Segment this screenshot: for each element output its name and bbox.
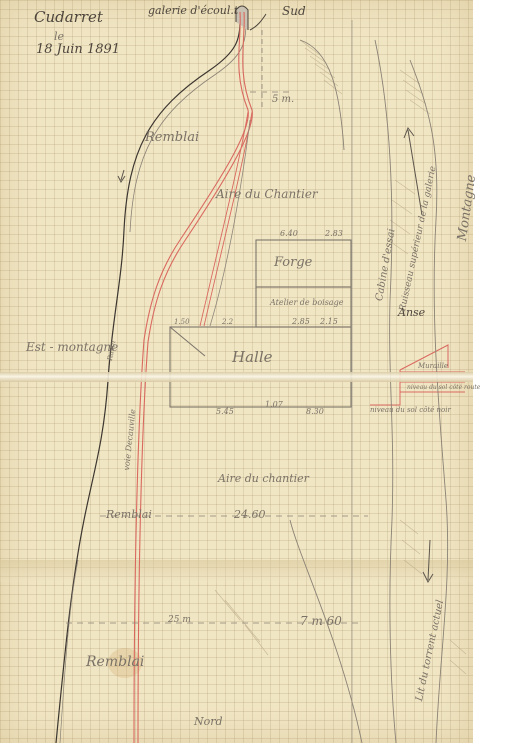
forge-dimension-top: 6.40 [280, 229, 298, 238]
forge-label: Forge [274, 255, 312, 270]
halle-dimension-top-mid: 2.2 [222, 318, 233, 326]
width-bottom-left-dimension: 25 m [168, 615, 191, 625]
halle-dimension-bottom-1: 5.45 [216, 407, 234, 416]
orientation-south: Sud [282, 4, 306, 18]
width-mid-dimension: 24.60 [234, 508, 266, 521]
forge-dimension-top-right: 2.83 [325, 229, 343, 238]
niveau-sol-cote-label: niveau du sol côté route [407, 384, 480, 391]
aire-chantier-top-label: Aire du Chantier [216, 187, 318, 201]
halle-label: Halle [232, 348, 273, 366]
atelier-label: Atelier de boisage [270, 298, 343, 307]
remblai-top-label: Remblai [145, 130, 199, 145]
orientation-east: Est - montagne [26, 340, 118, 354]
halle-dimension-top-left: 1.50 [174, 318, 190, 326]
remblai-mid-label: Remblai [106, 508, 152, 521]
remblai-bottom-label: Remblai [86, 654, 144, 670]
aire-chantier-bottom-label: Aire du chantier [218, 472, 309, 485]
anse-label: Anse [398, 306, 425, 319]
mur-label: Muraille [418, 362, 448, 370]
width-bottom-right-dimension: 7 m 60 [300, 614, 342, 628]
date-label: 18 Juin 1891 [36, 42, 120, 57]
atelier-dimension-right: 2.15 [320, 317, 338, 326]
paper-fold-center [0, 372, 473, 382]
halle-dimension-bottom-2: 1.07 [265, 400, 283, 409]
halle-dimension-bottom-3: 8.30 [306, 407, 324, 416]
niveau-sol-noir-label: niveau du sol côté noir [370, 406, 451, 414]
orientation-north: Nord [194, 715, 223, 728]
dimension-top-gap: 5 m. [272, 94, 294, 105]
atelier-dimension-left: 2.85 [292, 317, 310, 326]
place-label: Cudarret [34, 8, 103, 26]
gallery-label: galerie d'écoul.t [148, 4, 238, 17]
